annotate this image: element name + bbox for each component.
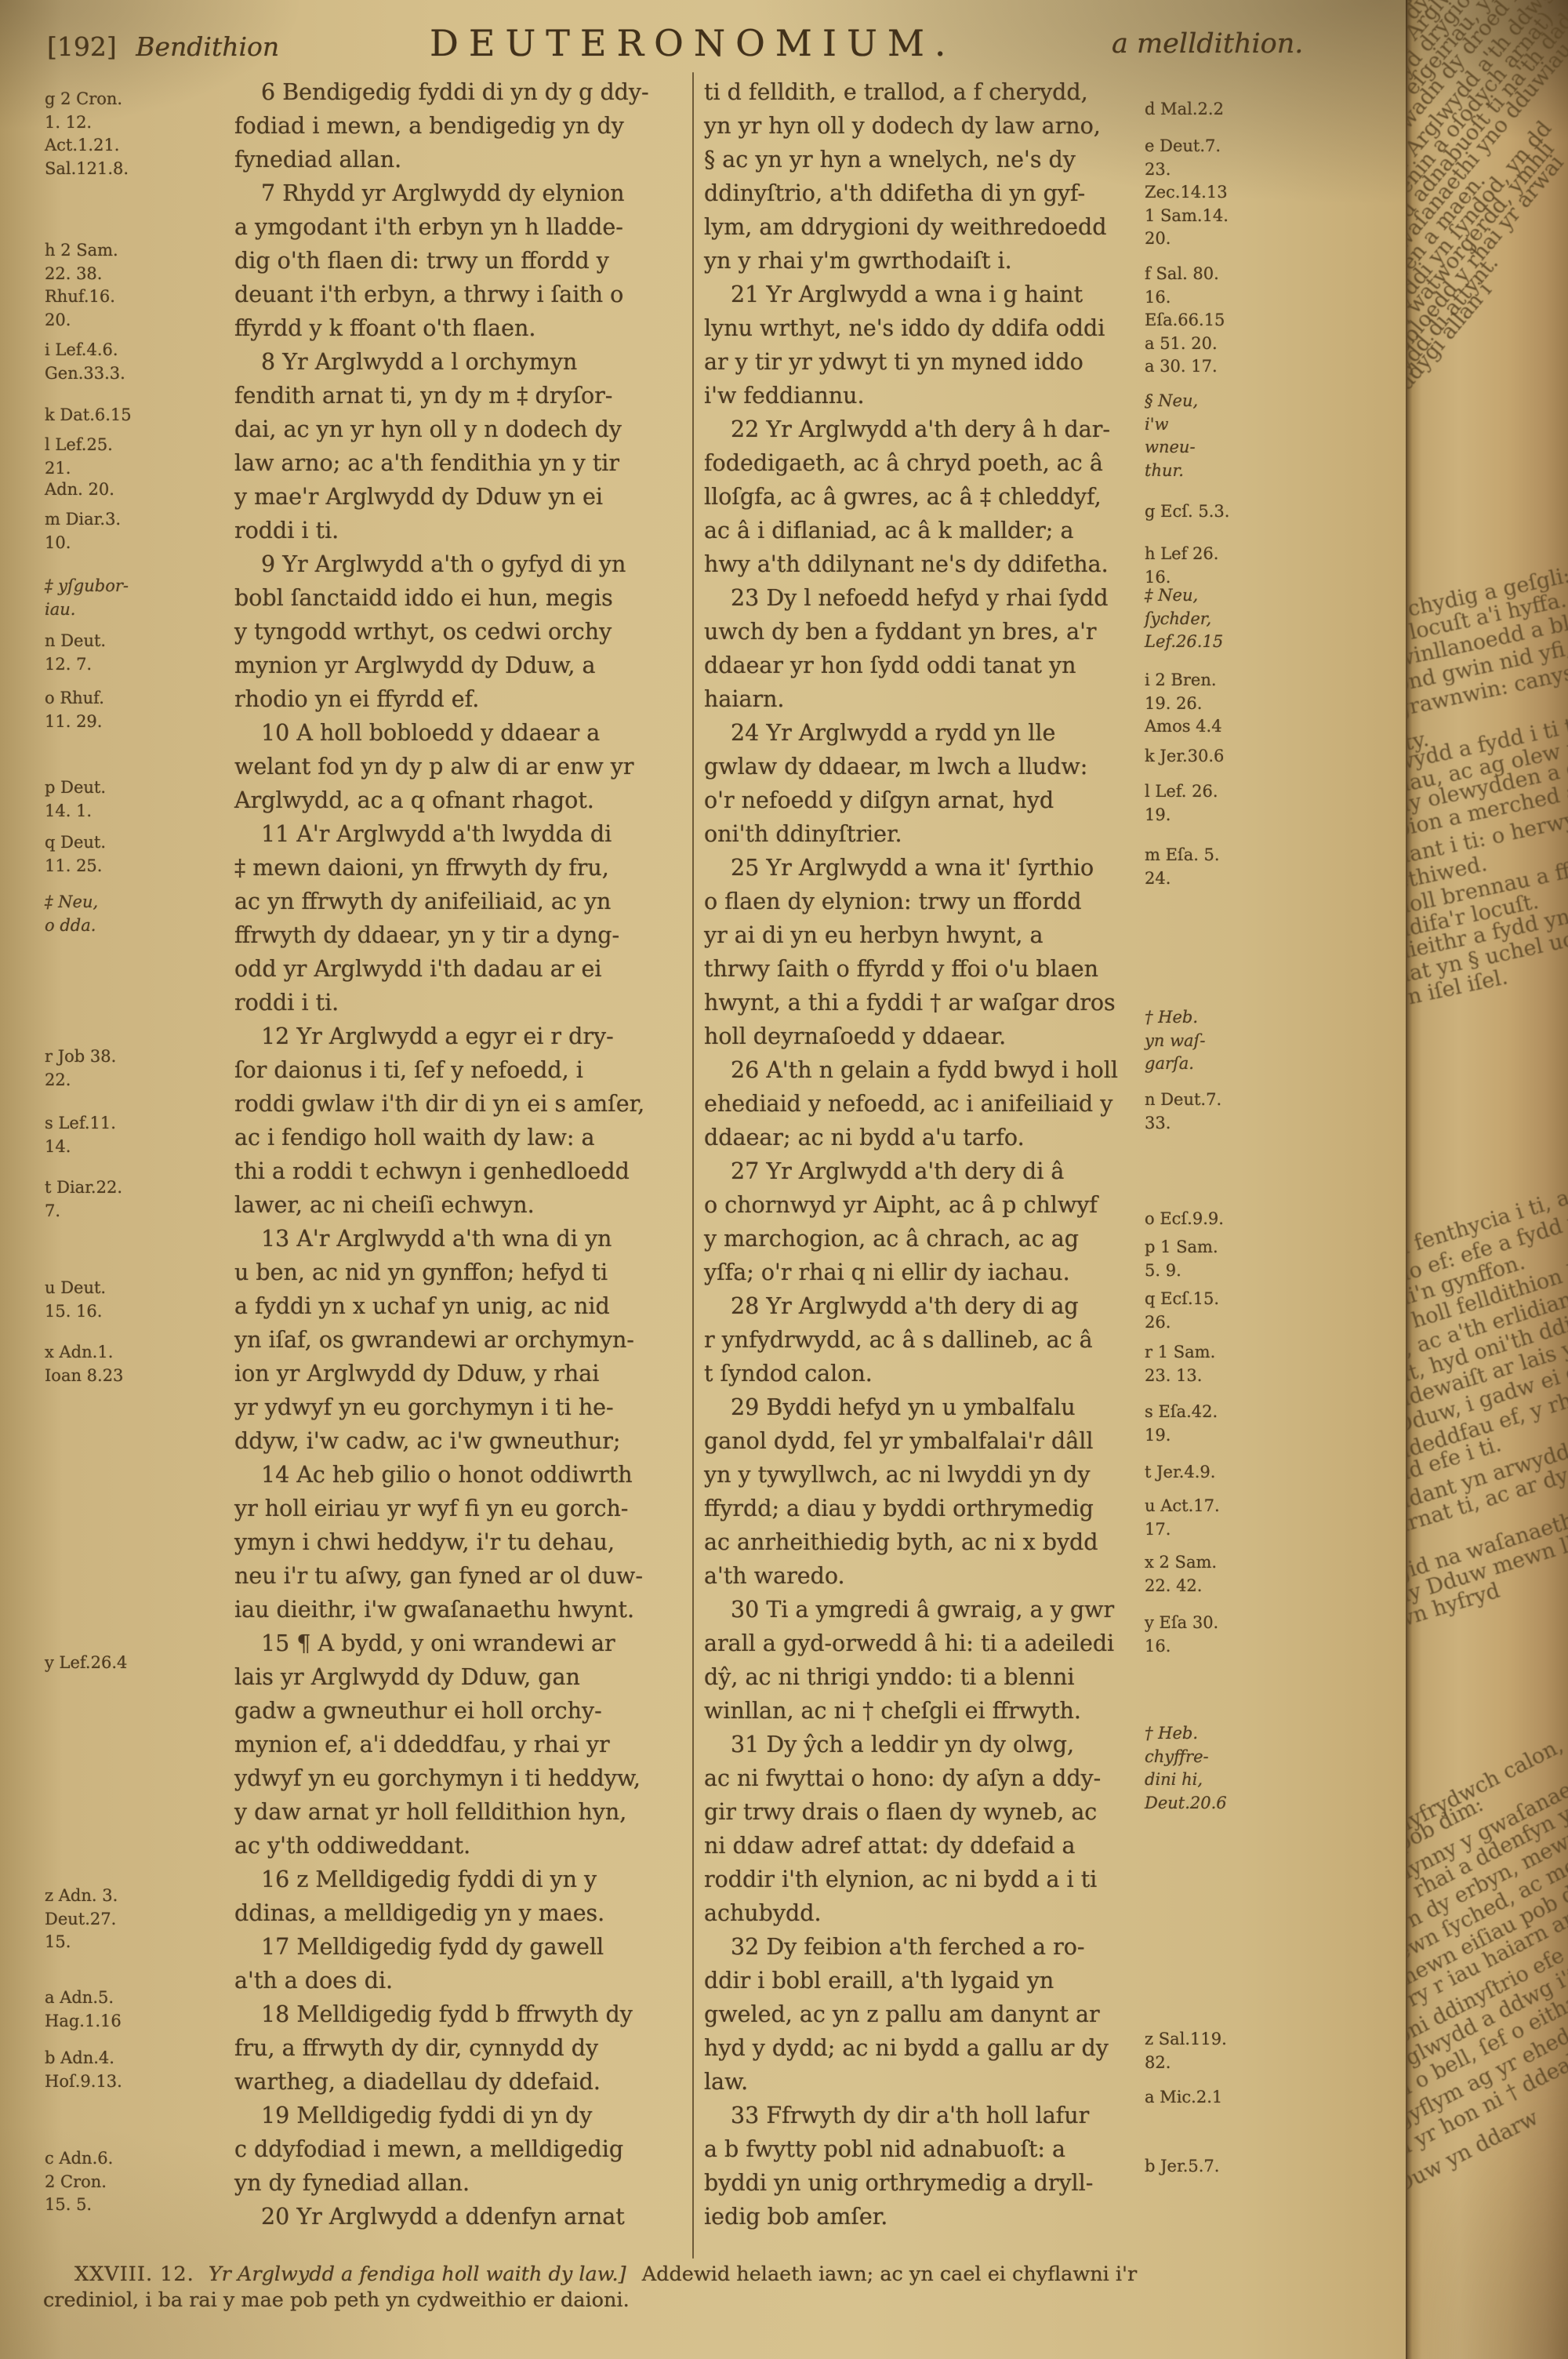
- margin-note: p 1 Sam. 5. 9.: [1145, 1236, 1403, 1282]
- footnote-text: Addewid helaeth iawn; ac yn cael ei chyf…: [642, 2263, 1138, 2286]
- margin-note: z Adn. 3. Deut.27. 15.: [45, 1885, 231, 1954]
- footnote: XXVIII. 12. Yr Arglwydd a fendiga holl w…: [43, 2262, 1156, 2314]
- margin-note: q Deut. 11. 25.: [45, 831, 231, 878]
- margin-note: b Adn.4. Hoſ.9.13.: [45, 2047, 231, 2093]
- verse-30: 30 Ti a ymgredi â gwraig, a y gwr arall …: [704, 1593, 1145, 1728]
- page-number: [192]: [47, 31, 117, 62]
- margin-note: m Diar.3. 10.: [45, 508, 231, 554]
- margin-note: ‡ Neu, o dda.: [45, 891, 231, 937]
- margin-note: r Job 38. 22.: [45, 1045, 231, 1092]
- verse-11: 11 A'r Arglwydd a'th lwydda di ‡ mewn da…: [234, 817, 694, 1020]
- verse-19: 19 Melldigedig fyddi di yn dy c ddyfodia…: [234, 2099, 694, 2200]
- next-page-curled-edge: A bydd yr th dy lygaid yr Yr Arglwydd a'…: [1406, 0, 1568, 2359]
- margin-note: † Heb. yn waſ- garſa.: [1145, 1006, 1403, 1076]
- margin-note: h 2 Sam. 22. 38. Rhuf.16. 20.: [45, 239, 231, 332]
- verse-13: 13 A'r Arglwydd a'th wna di yn u ben, ac…: [234, 1222, 694, 1458]
- verse-21: 21 Yr Arglwydd a wna i g haint lynu wrth…: [704, 278, 1145, 413]
- verse-23: 23 Dy l nefoedd hefyd y rhai ſydd uwch d…: [704, 581, 1145, 716]
- verse-29: 29 Byddi hefyd yn u ymbalfalu ganol dydd…: [704, 1390, 1145, 1593]
- margin-note: g 2 Cron. 1. 12. Act.1.21. Sal.121.8.: [45, 88, 231, 180]
- book-title: DEUTERONOMIUM.: [430, 22, 956, 64]
- margin-note: n Deut. 12. 7.: [45, 630, 231, 676]
- verse-7: 7 Rhydd yr Arglwydd dy elynion a ymgodan…: [234, 176, 694, 345]
- margin-note: m Eſa. 5. 24.: [1145, 844, 1403, 890]
- verse-28: 28 Yr Arglwydd a'th dery di ag r ynfydrw…: [704, 1289, 1145, 1390]
- margin-note: l Lef.25. 21.: [45, 434, 231, 480]
- margin-note: s Eſa.42. 19.: [1145, 1401, 1403, 1447]
- margin-note: h Lef 26. 16.: [1145, 543, 1403, 589]
- running-title-right: a melldithion.: [1112, 28, 1303, 60]
- column-divider-rule: [692, 72, 694, 2259]
- margin-note: l Lef. 26. 19.: [1145, 780, 1403, 827]
- margin-note: k Jer.30.6: [1145, 745, 1403, 769]
- margin-note: § Neu, i'w wneu- thur.: [1145, 390, 1403, 482]
- margin-note: e Deut.7. 23. Zec.14.13 1 Sam.14. 20.: [1145, 135, 1403, 251]
- verse-8: 8 Yr Arglwydd a l orchymyn fendith arnat…: [234, 345, 694, 547]
- margin-note: o Rhuf. 11. 29.: [45, 687, 231, 733]
- margin-note: b Jer.5.7.: [1145, 2155, 1403, 2179]
- text-column-left: 6 Bendigedig fyddi di yn dy g ddy- fodia…: [234, 75, 694, 2234]
- verse-6: 6 Bendigedig fyddi di yn dy g ddy- fodia…: [234, 75, 694, 176]
- margin-note: Adn. 20.: [45, 478, 231, 502]
- margin-note: y Lef.26.4: [45, 1652, 231, 1675]
- verse-18: 18 Melldigedig fydd b ffrwyth dy fru, a …: [234, 1997, 694, 2099]
- margin-note: n Deut.7. 33.: [1145, 1089, 1403, 1135]
- margin-note: a Adn.5. Hag.1.16: [45, 1986, 231, 2033]
- margin-note: i 2 Bren. 19. 26.: [1145, 669, 1403, 715]
- margin-note: x Adn.1. Ioan 8.23: [45, 1341, 231, 1387]
- margin-note: † Heb. chyffre- dini hi, Deut.20.6: [1145, 1722, 1403, 1815]
- running-title-left: Bendithion: [136, 31, 279, 62]
- margin-note: ‡ yſgubor- iau.: [45, 575, 231, 621]
- verse-26: 26 A'th n gelain a fydd bwyd i holl ehed…: [704, 1053, 1145, 1154]
- margin-note: ‡ Neu, ſychder, Lef.26.15: [1145, 584, 1403, 654]
- margin-note: p Deut. 14. 1.: [45, 776, 231, 823]
- margin-note: z Sal.119. 82.: [1145, 2028, 1403, 2074]
- margin-note: t Diar.22. 7.: [45, 1176, 231, 1223]
- verse-12: 12 Yr Arglwydd a egyr ei r dry- ſor daio…: [234, 1020, 694, 1222]
- verse-32: 32 Dy feibion a'th ferched a ro- ddir i …: [704, 1930, 1145, 2099]
- margin-note: t Jer.4.9.: [1145, 1461, 1403, 1485]
- margin-note: y Eſa 30. 16.: [1145, 1612, 1403, 1658]
- verse-22: 22 Yr Arglwydd a'th dery â h dar- fodedi…: [704, 413, 1145, 581]
- verse-10: 10 A holl bobloedd y ddaear a welant fod…: [234, 716, 694, 817]
- book-page-scan: [192] Bendithion DEUTERONOMIUM. a melldi…: [0, 0, 1568, 2359]
- footnote-lemma: Yr Arglwydd a fendiga holl waith dy law.…: [209, 2263, 626, 2286]
- verse-33: 33 Ffrwyth dy dir a'th holl lafur a b fw…: [704, 2099, 1145, 2234]
- margin-note: k Dat.6.15: [45, 404, 231, 427]
- margin-note: x 2 Sam. 22. 42.: [1145, 1551, 1403, 1598]
- margin-note: u Act.17. 17.: [1145, 1495, 1403, 1541]
- verse-17: 17 Melldigedig fydd dy gawell a'th a doe…: [234, 1930, 694, 1997]
- verse-20-start: 20 Yr Arglwydd a ddenfyn arnat: [234, 2200, 694, 2234]
- verse-20-continued: ti d felldith, e trallod, a f cherydd, y…: [704, 75, 1145, 278]
- margin-note: f Sal. 80. 16. Eſa.66.15 a 51. 20. a 30.…: [1145, 263, 1403, 379]
- verse-31: 31 Dy ŷch a leddir yn dy olwg, ac ni fwy…: [704, 1728, 1145, 1930]
- text-column-right: ti d felldith, e trallod, a f cherydd, y…: [704, 75, 1145, 2234]
- footnote-reference: XXVIII. 12.: [74, 2263, 194, 2286]
- margin-note: a Mic.2.1: [1145, 2086, 1403, 2110]
- margin-note: Amos 4.4: [1145, 715, 1403, 739]
- margin-note: s Lef.11. 14.: [45, 1112, 231, 1158]
- margin-note: q Ecſ.15. 26.: [1145, 1288, 1403, 1334]
- margin-note: g Ecſ. 5.3.: [1145, 500, 1403, 524]
- margin-note: u Deut. 15. 16.: [45, 1277, 231, 1323]
- verse-14: 14 Ac heb gilio o honot oddiwrth yr holl…: [234, 1458, 694, 1627]
- margin-note: i Lef.4.6. Gen.33.3.: [45, 339, 231, 385]
- margin-note: d Mal.2.2: [1145, 98, 1403, 122]
- footnote-text-line2: crediniol, i ba rai y mae pob peth yn cy…: [43, 2288, 1156, 2314]
- verse-27: 27 Yr Arglwydd a'th dery di â o chornwyd…: [704, 1154, 1145, 1289]
- verse-15: 15 ¶ A bydd, y oni wrandewi ar lais yr A…: [234, 1627, 694, 1863]
- verse-9: 9 Yr Arglwydd a'th o gyfyd di yn bobl ſa…: [234, 547, 694, 716]
- margin-note: r 1 Sam. 23. 13.: [1145, 1341, 1403, 1387]
- margin-note: c Adn.6. 2 Cron. 15. 5.: [45, 2147, 231, 2217]
- margin-note: o Ecſ.9.9.: [1145, 1208, 1403, 1231]
- verse-16: 16 z Melldigedig fyddi di yn y ddinas, a…: [234, 1863, 694, 1930]
- page-header-left: [192] Bendithion: [47, 31, 279, 62]
- verse-24: 24 Yr Arglwydd a rydd yn lle gwlaw dy dd…: [704, 716, 1145, 851]
- verse-25: 25 Yr Arglwydd a wna it' ſyrthio o flaen…: [704, 851, 1145, 1053]
